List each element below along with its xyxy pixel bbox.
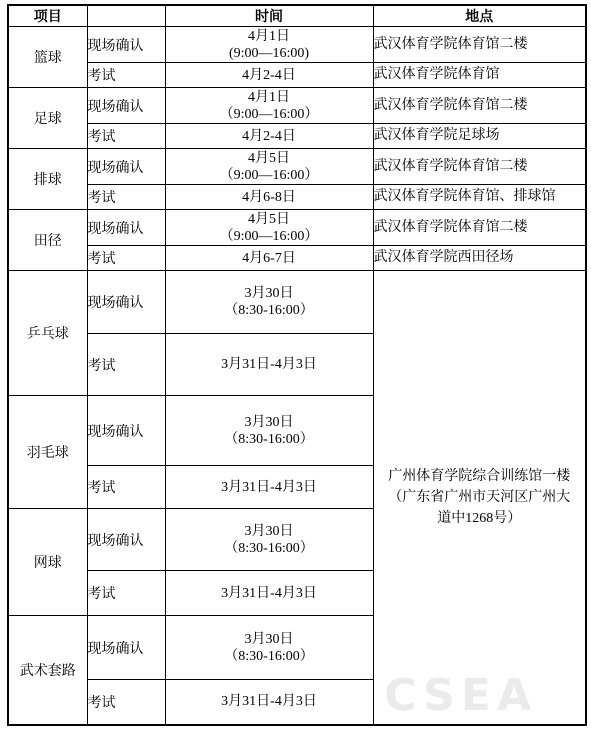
time-cell: 4月6-8日 <box>165 185 373 210</box>
activity-label: 现场确认 <box>87 616 165 680</box>
time-date: 4月1日 <box>166 28 373 45</box>
activity-label: 现场确认 <box>87 210 165 246</box>
activity-label: 考试 <box>87 334 165 396</box>
sport-label: 田径 <box>8 210 87 271</box>
time-hours: （8:30-16:00） <box>166 540 373 557</box>
activity-label: 考试 <box>87 571 165 616</box>
time-date: 3月30日 <box>166 523 373 540</box>
location-cell: 武汉体育学院足球场 <box>373 124 586 149</box>
time-hours: （9:00—16:00） <box>166 106 373 123</box>
activity-label: 考试 <box>87 63 165 88</box>
header-time: 时间 <box>165 5 373 27</box>
time-date: 3月30日 <box>166 414 373 431</box>
table-row: 排球 现场确认 4月5日 （9:00—16:00） 武汉体育学院体育馆二楼 <box>8 149 586 185</box>
activity-label: 现场确认 <box>87 509 165 571</box>
location-line: 道中1268号） <box>374 508 586 529</box>
activity-label: 考试 <box>87 466 165 509</box>
activity-label: 现场确认 <box>87 149 165 185</box>
time-date: 4月1日 <box>166 89 373 106</box>
activity-label: 现场确认 <box>87 396 165 466</box>
activity-label: 现场确认 <box>87 271 165 334</box>
sport-label: 网球 <box>8 509 87 616</box>
location-cell: 武汉体育学院体育馆二楼 <box>373 88 586 124</box>
location-line: 广州体育学院综合训练馆一楼 <box>374 466 586 487</box>
location-cell: 武汉体育学院体育馆二楼 <box>373 27 586 63</box>
table-row: 田径 现场确认 4月5日 （9:00—16:00） 武汉体育学院体育馆二楼 <box>8 210 586 246</box>
sport-label: 篮球 <box>8 27 87 88</box>
time-cell: 3月31日-4月3日 <box>165 571 373 616</box>
location-cell: 武汉体育学院西田径场 <box>373 246 586 271</box>
table-row: 考试 4月6-7日 武汉体育学院西田径场 <box>8 246 586 271</box>
location-cell: 武汉体育学院体育馆 <box>373 63 586 88</box>
activity-label: 考试 <box>87 680 165 725</box>
time-cell: 3月30日 （8:30-16:00） <box>165 509 373 571</box>
sport-label: 羽毛球 <box>8 396 87 509</box>
activity-label: 考试 <box>87 246 165 271</box>
time-hours: （8:30-16:00） <box>166 302 373 319</box>
time-date: 3月30日 <box>166 285 373 302</box>
table-row: 考试 4月2-4日 武汉体育学院体育馆 <box>8 63 586 88</box>
sport-label: 足球 <box>8 88 87 149</box>
time-hours: （9:00—16:00） <box>166 228 373 245</box>
location-cell: 武汉体育学院体育馆二楼 <box>373 210 586 246</box>
activity-label: 现场确认 <box>87 27 165 63</box>
table-row: 考试 4月2-4日 武汉体育学院足球场 <box>8 124 586 149</box>
table-row: 篮球 现场确认 4月1日 (9:00—16:00) 武汉体育学院体育馆二楼 <box>8 27 586 63</box>
time-cell: 3月30日 （8:30-16:00） <box>165 271 373 334</box>
activity-label: 考试 <box>87 124 165 149</box>
location-line: （广东省广州市天河区广州大 <box>374 487 586 508</box>
schedule-table: 项目 时间 地点 篮球 现场确认 4月1日 (9:00—16:00) 武汉体育学… <box>7 4 587 726</box>
time-cell: 3月31日-4月3日 <box>165 334 373 396</box>
sport-label: 排球 <box>8 149 87 210</box>
location-cell: 武汉体育学院体育馆、排球馆 <box>373 185 586 210</box>
time-hours: （9:00—16:00） <box>166 167 373 184</box>
table-header-row: 项目 时间 地点 <box>8 5 586 27</box>
time-cell: 4月6-7日 <box>165 246 373 271</box>
time-date: 4月5日 <box>166 150 373 167</box>
time-cell: 4月2-4日 <box>165 63 373 88</box>
sport-label: 乒乓球 <box>8 271 87 396</box>
time-date: 3月30日 <box>166 631 373 648</box>
location-cell: 武汉体育学院体育馆二楼 <box>373 149 586 185</box>
time-hours: （8:30-16:00） <box>166 648 373 665</box>
table-row: 乒乓球 现场确认 3月30日 （8:30-16:00） 广州体育学院综合训练馆一… <box>8 271 586 334</box>
header-activity <box>87 5 165 27</box>
csea-watermark: CSEA <box>384 674 537 718</box>
header-project: 项目 <box>8 5 87 27</box>
time-hours: (9:00—16:00) <box>166 45 373 62</box>
sport-label: 武术套路 <box>8 616 87 725</box>
time-hours: （8:30-16:00） <box>166 431 373 448</box>
time-cell: 3月31日-4月3日 <box>165 466 373 509</box>
time-cell: 4月5日 （9:00—16:00） <box>165 149 373 185</box>
page: 项目 时间 地点 篮球 现场确认 4月1日 (9:00—16:00) 武汉体育学… <box>0 0 591 750</box>
time-cell: 4月1日 （9:00—16:00） <box>165 88 373 124</box>
table-row: 足球 现场确认 4月1日 （9:00—16:00） 武汉体育学院体育馆二楼 <box>8 88 586 124</box>
activity-label: 现场确认 <box>87 88 165 124</box>
time-cell: 3月31日-4月3日 <box>165 680 373 725</box>
time-cell: 4月2-4日 <box>165 124 373 149</box>
time-cell: 4月1日 (9:00—16:00) <box>165 27 373 63</box>
merged-location-cell: 广州体育学院综合训练馆一楼 （广东省广州市天河区广州大 道中1268号） CSE… <box>373 271 586 725</box>
activity-label: 考试 <box>87 185 165 210</box>
time-cell: 3月30日 （8:30-16:00） <box>165 616 373 680</box>
table-row: 考试 4月6-8日 武汉体育学院体育馆、排球馆 <box>8 185 586 210</box>
time-cell: 3月30日 （8:30-16:00） <box>165 396 373 466</box>
header-location: 地点 <box>373 5 586 27</box>
time-date: 4月5日 <box>166 211 373 228</box>
time-cell: 4月5日 （9:00—16:00） <box>165 210 373 246</box>
